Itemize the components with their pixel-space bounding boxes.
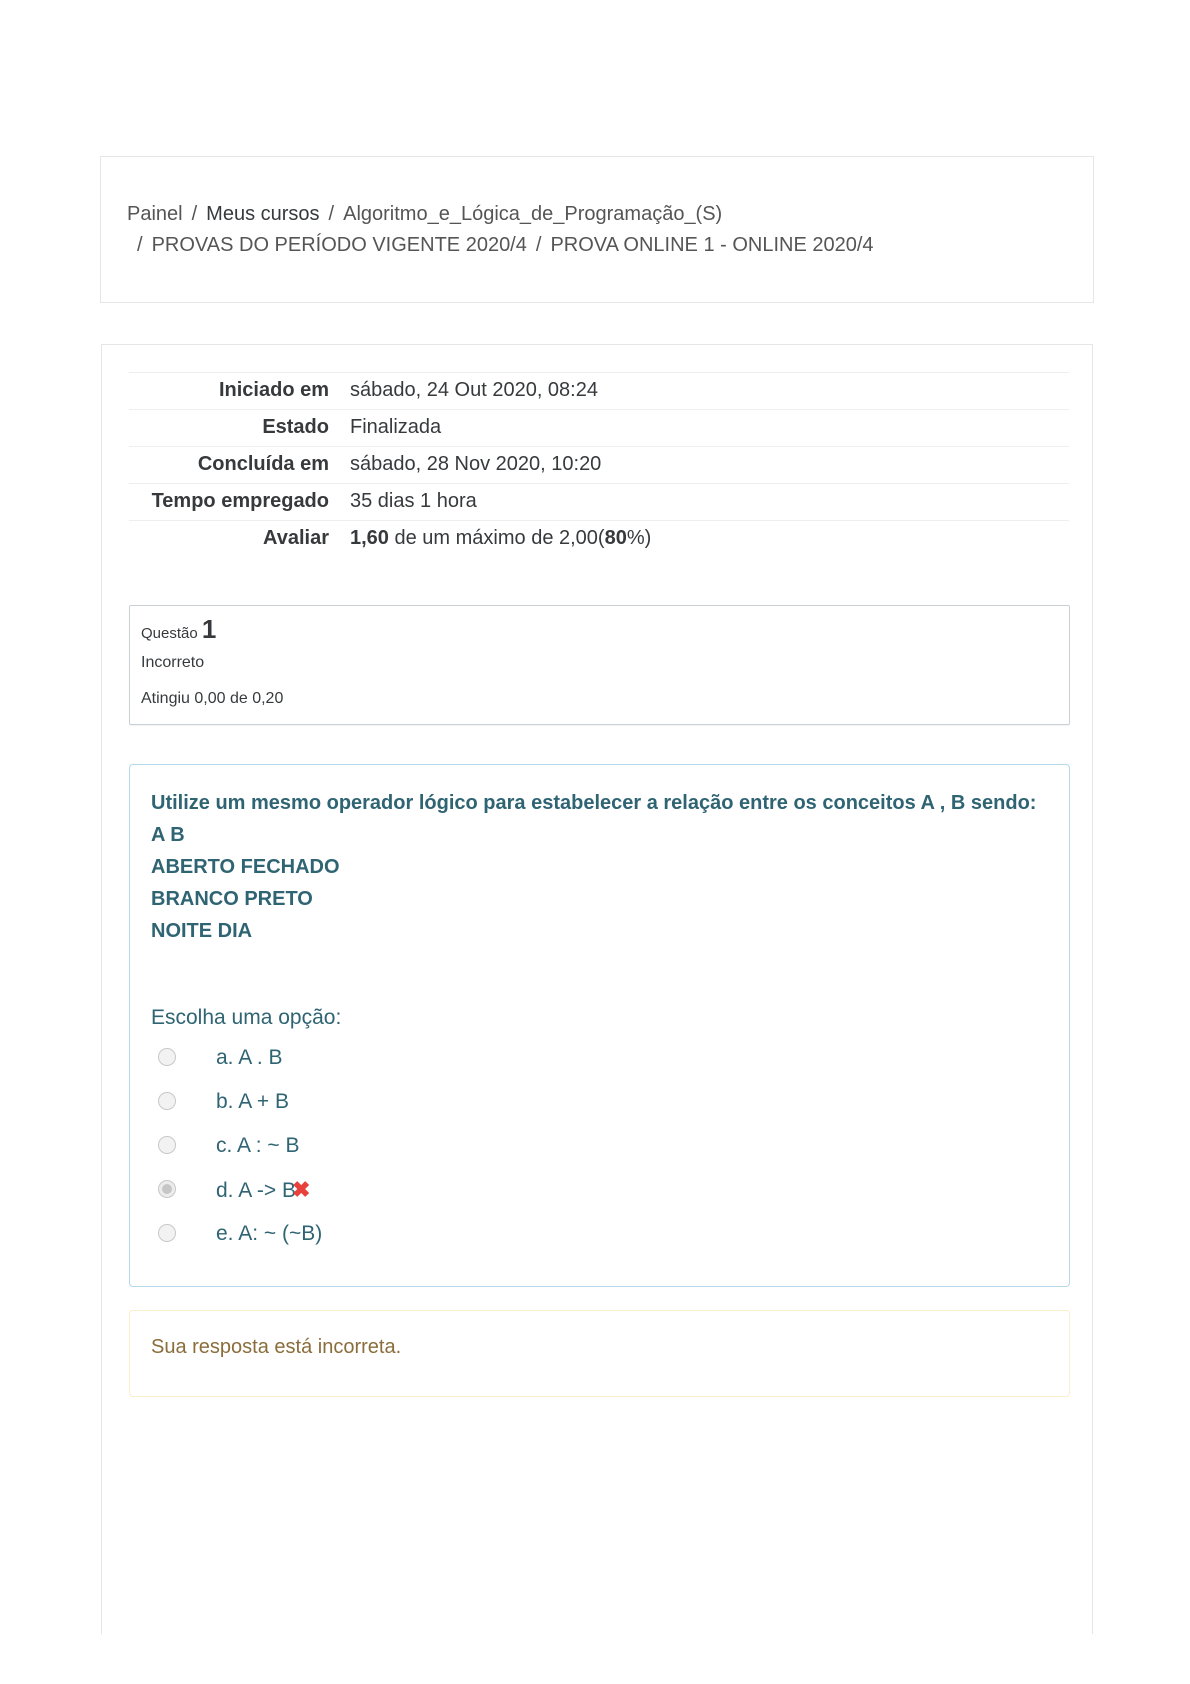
- feedback-box: Sua resposta está incorreta.: [129, 1310, 1070, 1397]
- breadcrumb-item-course[interactable]: Algoritmo_e_Lógica_de_Programação_(S): [343, 203, 722, 225]
- breadcrumb-separator: /: [329, 203, 335, 225]
- summary-value: sábado, 24 Out 2020, 08:24: [350, 373, 1069, 410]
- question-formulation: Utilize um mesmo operador lógico para es…: [129, 764, 1070, 1287]
- breadcrumb-separator: /: [192, 203, 198, 225]
- summary-label: Tempo empregado: [129, 484, 350, 521]
- grade-percent: 80: [605, 527, 627, 549]
- answer-prompt: Escolha uma opção:: [151, 1006, 341, 1030]
- radio-button[interactable]: [158, 1092, 176, 1110]
- breadcrumb-item-meus-cursos[interactable]: Meus cursos: [206, 203, 319, 225]
- question-text-line: Utilize um mesmo operador lógico para es…: [151, 787, 1051, 819]
- summary-row-completed: Concluída em sábado, 28 Nov 2020, 10:20: [129, 447, 1069, 484]
- answer-label: b. A + B: [216, 1089, 289, 1115]
- summary-row-state: Estado Finalizada: [129, 410, 1069, 447]
- answer-options: a. A . B b. A + B c. A : ~ B d. A -> B✖ …: [158, 1045, 958, 1265]
- answer-label: c. A : ~ B: [216, 1133, 299, 1159]
- summary-label: Avaliar: [129, 521, 350, 558]
- radio-button[interactable]: [158, 1224, 176, 1242]
- grade-score: 1,60: [350, 527, 389, 549]
- answer-option-c[interactable]: c. A : ~ B: [158, 1133, 958, 1177]
- answer-label-text: d. A -> B: [216, 1179, 296, 1202]
- question-info-box: Questão 1 Incorreto Atingiu 0,00 de 0,20: [129, 605, 1070, 725]
- summary-row-started: Iniciado em sábado, 24 Out 2020, 08:24: [129, 373, 1069, 410]
- question-text: Utilize um mesmo operador lógico para es…: [151, 787, 1051, 947]
- breadcrumb: Painel/Meus cursos/Algoritmo_e_Lógica_de…: [127, 199, 1027, 261]
- breadcrumb-item-section[interactable]: PROVAS DO PERÍODO VIGENTE 2020/4: [152, 234, 527, 256]
- question-text-line: BRANCO PRETO: [151, 883, 1051, 915]
- attempt-summary-table: Iniciado em sábado, 24 Out 2020, 08:24 E…: [129, 372, 1069, 557]
- radio-button-selected[interactable]: [158, 1180, 176, 1198]
- breadcrumb-item-painel[interactable]: Painel: [127, 203, 183, 225]
- radio-button[interactable]: [158, 1136, 176, 1154]
- answer-option-b[interactable]: b. A + B: [158, 1089, 958, 1133]
- question-text-line: NOITE DIA: [151, 915, 1051, 947]
- summary-value: 1,60 de um máximo de 2,00(80%): [350, 521, 1069, 558]
- radio-button[interactable]: [158, 1048, 176, 1066]
- answer-label: d. A -> B✖: [216, 1177, 310, 1204]
- question-text-line: ABERTO FECHADO: [151, 851, 1051, 883]
- answer-option-a[interactable]: a. A . B: [158, 1045, 958, 1089]
- summary-value: Finalizada: [350, 410, 1069, 447]
- summary-label: Concluída em: [129, 447, 350, 484]
- breadcrumb-separator: /: [536, 234, 542, 256]
- question-text-line: A B: [151, 819, 1051, 851]
- question-number: Questão 1: [141, 614, 216, 645]
- question-label: Questão: [141, 625, 198, 642]
- answer-label: e. A: ~ (~B): [216, 1221, 322, 1247]
- incorrect-x-icon: ✖: [292, 1177, 310, 1202]
- breadcrumb-separator: /: [137, 234, 143, 256]
- answer-label: a. A . B: [216, 1045, 283, 1071]
- feedback-message: Sua resposta está incorreta.: [151, 1336, 401, 1359]
- question-state: Incorreto: [141, 654, 204, 672]
- grade-suffix: %): [627, 527, 651, 549]
- answer-option-d[interactable]: d. A -> B✖: [158, 1177, 958, 1221]
- summary-value: 35 dias 1 hora: [350, 484, 1069, 521]
- quiz-review-region: Iniciado em sábado, 24 Out 2020, 08:24 E…: [101, 344, 1093, 1634]
- question-grade: Atingiu 0,00 de 0,20: [141, 690, 283, 708]
- summary-label: Iniciado em: [129, 373, 350, 410]
- answer-option-e[interactable]: e. A: ~ (~B): [158, 1221, 958, 1265]
- summary-row-time-taken: Tempo empregado 35 dias 1 hora: [129, 484, 1069, 521]
- summary-label: Estado: [129, 410, 350, 447]
- question-number-value: 1: [202, 614, 216, 644]
- breadcrumb-item-quiz[interactable]: PROVA ONLINE 1 - ONLINE 2020/4: [550, 234, 873, 256]
- summary-value: sábado, 28 Nov 2020, 10:20: [350, 447, 1069, 484]
- summary-row-grade: Avaliar 1,60 de um máximo de 2,00(80%): [129, 521, 1069, 558]
- breadcrumb-container: Painel/Meus cursos/Algoritmo_e_Lógica_de…: [100, 156, 1094, 303]
- grade-middle: de um máximo de 2,00(: [389, 527, 605, 549]
